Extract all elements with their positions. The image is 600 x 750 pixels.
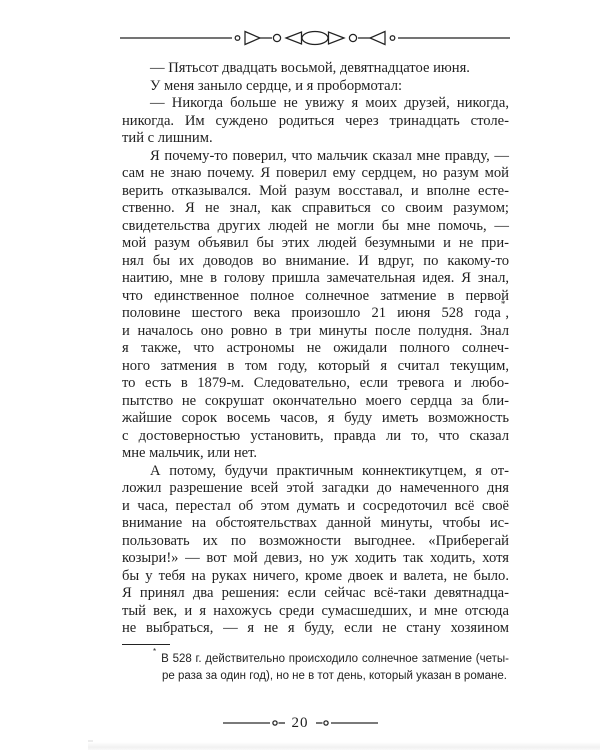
paragraph: — Пятьсот двадцать восьмой, девятнадцато… <box>122 60 509 78</box>
paragraph: А потому, будучи практичным коннектикутц… <box>122 463 509 638</box>
text-block: — Пятьсот двадцать восьмой, девятнадцато… <box>122 60 509 638</box>
paragraph: У меня заныло сердце, и я пробормотал: <box>122 78 509 96</box>
text-line: тый век, и я нахожусь среди сумасшедших,… <box>122 603 509 621</box>
text-line: бы у тебя на руках ничего, кроме двоек и… <box>122 568 509 586</box>
text-line: мой разум объявил бы этих людей безумным… <box>122 235 509 253</box>
text-line: с достоверностью установить, правда ли т… <box>122 428 509 446</box>
text-line: свидетельства других людей не могли бы м… <box>122 218 509 236</box>
text-line: — Пятьсот двадцать восьмой, девятнадцато… <box>122 60 509 78</box>
text-line: не выбраться, — я не я буду, если не ста… <box>122 620 509 638</box>
text-line: — Никогда больше не увижу я моих друзей,… <box>122 95 509 113</box>
text-line: и часа, перестал об этом думать и сосред… <box>122 498 509 516</box>
text-line: нял бы их доводов во внимание. И вдруг, … <box>122 253 509 271</box>
text-line: то есть в 1879-м. Следовательно, если тр… <box>122 375 509 393</box>
ornamental-rule-icon <box>120 27 510 49</box>
text-line: и началось оно ровно в три минуты после … <box>122 323 509 341</box>
text-line: я также, что астрономы не ожидали полног… <box>122 340 509 358</box>
text-line: верить отказывался. Мой разум восставал,… <box>122 183 509 201</box>
text-line: пытство не сокрушат окончательно моего с… <box>122 393 509 411</box>
text-line: Я почему-то поверил, что мальчик сказал … <box>122 148 509 166</box>
footer-rule-left-icon <box>223 718 285 728</box>
text-line: Я принял два решения: если сейчас всё-та… <box>122 585 509 603</box>
text-line: ложил разрешение всей этой загадки до на… <box>122 480 509 498</box>
page-footer: 20 <box>0 712 600 734</box>
footnote-marker: * <box>153 647 156 656</box>
book-page: — Пятьсот двадцать восьмой, девятнадцато… <box>0 0 600 750</box>
text-line: что единственное полное солнечное затмен… <box>122 288 509 306</box>
text-line: козыри!» — вот мой девиз, но уж ходить т… <box>122 550 509 568</box>
text-line: внимание на обстоятельствах данной минут… <box>122 515 509 533</box>
text-line: ственно. Я не знал, как справиться со св… <box>122 200 509 218</box>
page-number: 20 <box>292 715 309 732</box>
text-line: сам не знаю почему. Я поверил ему сердце… <box>122 165 509 183</box>
text-line: пользовать их по возможности выгоднее. «… <box>122 533 509 551</box>
text-line: тий с лишним. <box>122 130 509 148</box>
page-edge-shadow <box>88 742 600 750</box>
footnote-line: *В 528 г. действительно происходило солн… <box>162 651 509 668</box>
text-line: мне мальчик, или нет. <box>122 445 509 463</box>
footnote-divider <box>122 644 170 645</box>
text-line: половине шестого века произошло 21 июня … <box>122 305 509 323</box>
text-line: У меня заныло сердце, и я пробормотал: <box>122 78 509 96</box>
footer-rule-right-icon <box>316 718 378 728</box>
footnote-line: ре раза за один год), но не в тот день, … <box>162 668 509 685</box>
text-line: ного затмения в том году, который я счит… <box>122 358 509 376</box>
text-line: никогда. Им суждено родиться через трина… <box>122 113 509 131</box>
paragraph: Я почему-то поверил, что мальчик сказал … <box>122 148 509 463</box>
footnote-ref: * <box>501 299 506 309</box>
text-line: наитию, мне в голову пришла замечательна… <box>122 270 509 288</box>
header-ornament <box>120 27 510 49</box>
paragraph: — Никогда больше не увижу я моих друзей,… <box>122 95 509 148</box>
text-line: жайшие сорок восемь часов, я буду иметь … <box>122 410 509 428</box>
footnote: *В 528 г. действительно происходило солн… <box>162 651 509 685</box>
text-line: А потому, будучи практичным коннектикутц… <box>122 463 509 481</box>
